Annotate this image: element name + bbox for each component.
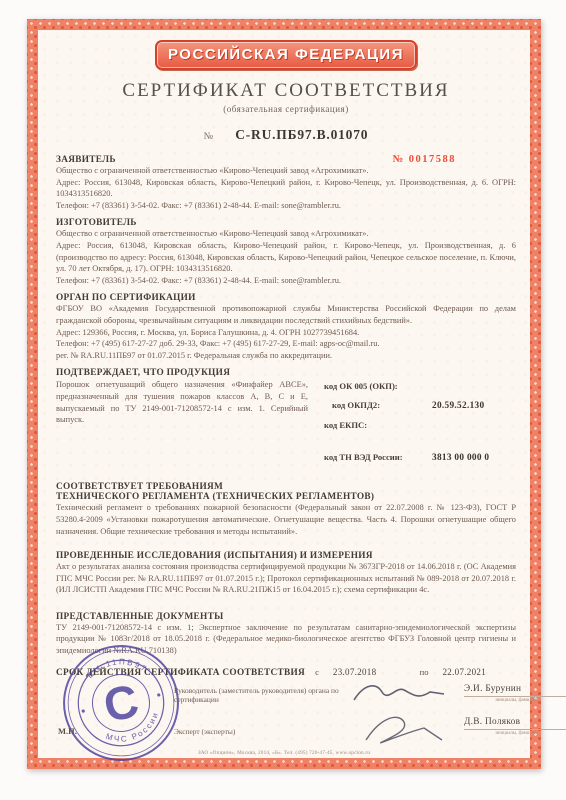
code-row-okp: код ОК 005 (ОКП): [324,381,516,391]
code-row-tnved: код ТН ВЭД России: 3813 00 000 0 [324,452,516,463]
blank-number: № 0017588 [393,154,456,165]
head-name-caption: инициалы, фамилия [464,698,566,703]
ink-signatures [346,678,456,758]
head-signature-icon [354,686,444,700]
certification-body-accreditation: рег. № RA.RU.11ПБ97 от 01.07.2015 г. Фед… [56,350,516,362]
validity-from-date: 23.07.2018 [333,667,377,677]
validity-to-label: по [420,667,429,677]
certificate-subtitle: (обязательная сертификация) [56,104,516,114]
compliance-heading: СООТВЕТСТВУЕТ ТРЕБОВАНИЯМ [56,482,516,492]
code-row-ekps: код ЕКПС: [324,420,516,430]
applicant-heading: ЗАЯВИТЕЛЬ [56,155,116,165]
validity-from-label: с [315,667,319,677]
stamp-center-letter: С [99,674,143,732]
certificate-number: C-RU.ПБ97.В.01070 [235,127,368,142]
certificate-title: СЕРТИФИКАТ СООТВЕТСТВИЯ [56,80,516,102]
product-section: ПОДТВЕРЖДАЕТ, ЧТО ПРОДУКЦИЯ Порошок огне… [56,368,516,475]
certification-body-contacts: Телефон: +7 (495) 617-27-27 доб. 29-33, … [56,338,516,350]
code-value-tnved: 3813 00 000 0 [432,453,489,463]
manufacturer-contacts: Телефон: +7 (83361) 3-54-02. Факс: +7 (8… [56,275,516,287]
manufacturer-section: ИЗГОТОВИТЕЛЬ Общество с ограниченной отв… [56,218,516,286]
stamp-place-mark: М.П. [58,726,77,736]
certification-body-address: Адрес: 129366, Россия, г. Москва, ул. Бо… [56,327,516,339]
certification-body-heading: ОРГАН ПО СЕРТИФИКАЦИИ [56,293,516,303]
compliance-text: Технический регламент о требованиях пожа… [56,502,516,537]
expert-name-caption: инициалы, фамилия [464,731,566,736]
code-row-okpd2: код ОКПД2: 20.59.52.130 [324,400,516,411]
documents-heading: ПРЕДСТАВЛЕННЫЕ ДОКУМЕНТЫ [56,612,516,622]
code-label-ekps: код ЕКПС: [324,420,432,430]
certificate-number-line: № C-RU.ПБ97.В.01070 [56,126,516,144]
applicant-contacts: Телефон: +7 (83361) 3-54-02. Факс: +7 (8… [56,200,516,212]
code-label-okp: код ОК 005 (ОКП): [324,381,432,391]
product-description: Порошок огнетушащий общего назначения «Ф… [56,379,308,475]
signature-zone: RU.11ПБ97 МЧС России С М.П. Руководитель… [56,682,516,770]
compliance-subheading: ТЕХНИЧЕСКОГО РЕГЛАМЕНТА (ТЕХНИЧЕСКИХ РЕГ… [56,492,516,502]
expert-role-label: Эксперт (эксперты) [174,727,339,737]
numero-sign: № [204,131,214,142]
code-value-okpd2: 20.59.52.130 [432,401,484,411]
code-label-tnved: код ТН ВЭД России: [324,452,432,462]
compliance-section: СООТВЕТСТВУЕТ ТРЕБОВАНИЯМ ТЕХНИЧЕСКОГО Р… [56,482,516,537]
expert-name: Д.В. Поляков [464,717,566,730]
applicant-name: Общество с ограниченной ответственностью… [56,165,516,177]
certificate-sheet: РОССИЙСКАЯ ФЕДЕРАЦИЯ СЕРТИФИКАТ СООТВЕТС… [27,19,541,769]
product-heading: ПОДТВЕРЖДАЕТ, ЧТО ПРОДУКЦИЯ [56,368,516,378]
validity-to-date: 22.07.2021 [443,667,487,677]
manufacturer-name: Общество с ограниченной ответственностью… [56,228,516,240]
manufacturer-heading: ИЗГОТОВИТЕЛЬ [56,218,516,228]
printer-fine-print: ЗАО «Опцион», Москва, 2014, «Б». Тел. (4… [38,750,530,756]
certificate-paper: РОССИЙСКАЯ ФЕДЕРАЦИЯ СЕРТИФИКАТ СООТВЕТС… [38,30,530,758]
certification-body-section: ОРГАН ПО СЕРТИФИКАЦИИ ФГБОУ ВО «Академия… [56,293,516,361]
research-section: ПРОВЕДЕННЫЕ ИССЛЕДОВАНИЯ (ИСПЫТАНИЯ) И И… [56,551,516,596]
country-banner: РОССИЙСКАЯ ФЕДЕРАЦИЯ [155,40,417,70]
applicant-section: ЗАЯВИТЕЛЬ № 0017588 Общество с ограничен… [56,154,516,211]
code-label-okpd2: код ОКПД2: [324,400,432,410]
product-codes: код ОК 005 (ОКП): код ОКПД2: 20.59.52.13… [308,379,516,475]
expert-signature-icon [366,717,442,742]
head-role-label: Руководитель (заместитель руководителя) … [174,686,339,705]
research-text: Акт о результатах анализа состояния прои… [56,561,516,596]
certification-body-name: ФГБОУ ВО «Академия Государственной проти… [56,303,516,326]
head-name: Э.И. Бурунин [464,684,566,697]
manufacturer-address: Адрес: Россия, 613048, Кировская область… [56,240,516,275]
research-heading: ПРОВЕДЕННЫЕ ИССЛЕДОВАНИЯ (ИСПЫТАНИЯ) И И… [56,551,516,561]
applicant-address: Адрес: Россия, 613048, Кировская область… [56,177,516,200]
